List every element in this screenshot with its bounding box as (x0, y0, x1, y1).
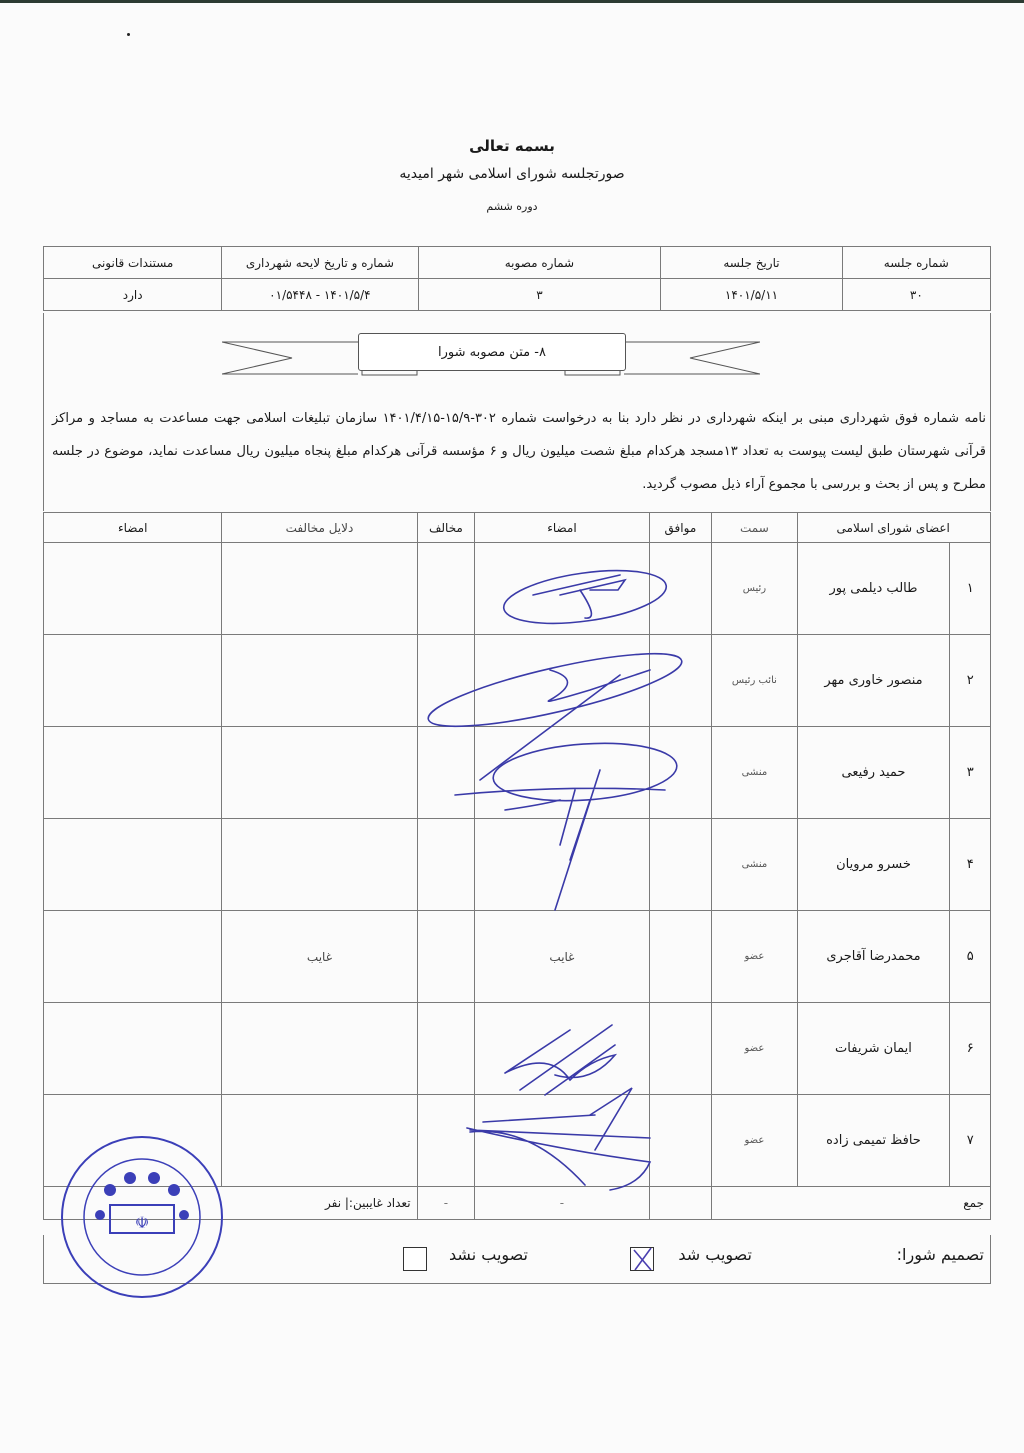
sum-label: جمع (712, 1187, 991, 1220)
invocation-heading: بسمه تعالی (0, 137, 1024, 155)
section-title: ۸- متن مصوبه شورا (358, 333, 626, 371)
member-name: حافظ تمیمی زاده (797, 1095, 950, 1187)
signature-2-cell (44, 635, 222, 727)
header-legal-documents: مستندات قانونی (44, 247, 222, 279)
table-row: ۵ محمدرضا آقاجری عضو غایب غایب (44, 911, 991, 1003)
legal-documents: دارد (44, 279, 222, 311)
signature-2-cell (44, 911, 222, 1003)
member-name: طالب دیلمی پور (797, 543, 950, 635)
header-signature: امضاء (475, 513, 649, 543)
member-role: منشی (712, 819, 797, 911)
agree-cell (649, 1003, 712, 1095)
section-banner: ۸- متن مصوبه شورا (222, 330, 760, 380)
table-row: ۴ خسرو مرویان منشی (44, 819, 991, 911)
header-disagree: مخالف (417, 513, 475, 543)
member-name: حمید رفیعی (797, 727, 950, 819)
session-info-table: شماره جلسه تاریخ جلسه شماره مصوبه شماره … (43, 246, 991, 311)
member-role: رئیس (712, 543, 797, 635)
row-number: ۳ (950, 727, 991, 819)
signature-2-cell (44, 1003, 222, 1095)
document-title: صورتجلسه شورای اسلامی شهر امیدیه (0, 166, 1024, 182)
row-number: ۱ (950, 543, 991, 635)
bill-number-date: ۱۴۰۱/۵/۴ - ۰۱/۵۴۴۸ (222, 279, 418, 311)
seal-icon: ☫ (55, 1130, 230, 1305)
header-resolution-number: شماره مصوبه (418, 247, 661, 279)
resolution-text: نامه شماره فوق شهرداری مبنی بر اینکه شهر… (52, 402, 986, 501)
reasons-cell (222, 543, 417, 635)
member-role: منشی (712, 727, 797, 819)
agree-cell (649, 635, 712, 727)
reasons-cell (222, 727, 417, 819)
header-reasons: دلایل مخالفت (222, 513, 417, 543)
signature-2-cell (44, 543, 222, 635)
member-name: خسرو مرویان (797, 819, 950, 911)
term-subtitle: دوره ششم (0, 200, 1024, 213)
row-number: ۵ (950, 911, 991, 1003)
row-number: ۷ (950, 1095, 991, 1187)
row-number: ۶ (950, 1003, 991, 1095)
header-agree: موافق (649, 513, 712, 543)
agree-cell (649, 727, 712, 819)
scan-edge (0, 0, 1024, 3)
signature-cell-absent: غایب (475, 911, 649, 1003)
reasons-cell (222, 819, 417, 911)
reasons-cell (222, 1095, 417, 1187)
signature-cell (475, 819, 649, 911)
member-role: عضو (712, 911, 797, 1003)
table-row: ۲ منصور خاوری مهر نائب رئیس (44, 635, 991, 727)
info-header-row: شماره جلسه تاریخ جلسه شماره مصوبه شماره … (44, 247, 991, 279)
info-value-row: ۳۰ ۱۴۰۱/۵/۱۱ ۳ ۱۴۰۱/۵/۴ - ۰۱/۵۴۴۸ دارد (44, 279, 991, 311)
disagree-cell (417, 911, 475, 1003)
disagree-cell (417, 635, 475, 727)
approved-label: تصویب شد (678, 1245, 752, 1264)
disagree-cell (417, 1095, 475, 1187)
member-name: محمدرضا آقاجری (797, 911, 950, 1003)
agree-cell (649, 543, 712, 635)
member-name: ایمان شریفات (797, 1003, 950, 1095)
table-row: ۳ حمید رفیعی منشی (44, 727, 991, 819)
council-seal: ☫ (55, 1130, 230, 1305)
scan-speck (127, 33, 130, 36)
table-row: ۶ ایمان شریفات عضو (44, 1003, 991, 1095)
decision-label: تصمیم شورا: (897, 1245, 984, 1264)
signature-2-cell (44, 819, 222, 911)
resolution-number: ۳ (418, 279, 661, 311)
header-session-date: تاریخ جلسه (661, 247, 842, 279)
header-signature-2: امضاء (44, 513, 222, 543)
rejected-checkbox[interactable] (403, 1247, 427, 1271)
approved-checkbox[interactable] (630, 1247, 654, 1271)
member-role: نائب رئیس (712, 635, 797, 727)
session-number: ۳۰ (842, 279, 990, 311)
row-number: ۲ (950, 635, 991, 727)
agree-cell (649, 819, 712, 911)
signature-cell (475, 727, 649, 819)
reasons-cell (222, 635, 417, 727)
member-role: عضو (712, 1095, 797, 1187)
member-name: منصور خاوری مهر (797, 635, 950, 727)
table-row: ۱ طالب دیلمی پور رئیس (44, 543, 991, 635)
rejected-label: تصویب نشد (449, 1245, 528, 1264)
header-session-number: شماره جلسه (842, 247, 990, 279)
sum-agree (649, 1187, 712, 1220)
header-bill-number-date: شماره و تاریخ لایحه شهرداری (222, 247, 418, 279)
member-role: عضو (712, 1003, 797, 1095)
agree-cell (649, 1095, 712, 1187)
x-mark-icon (631, 1248, 653, 1270)
header-role: سمت (712, 513, 797, 543)
votes-header-row: اعضای شورای اسلامی سمت موافق امضاء مخالف… (44, 513, 991, 543)
reasons-cell (222, 1003, 417, 1095)
sum-disagree: - (417, 1187, 475, 1220)
signature-cell (475, 635, 649, 727)
signature-cell (475, 1003, 649, 1095)
disagree-cell (417, 543, 475, 635)
disagree-cell (417, 819, 475, 911)
signature-2-cell (44, 727, 222, 819)
agree-cell (649, 911, 712, 1003)
svg-text:☫: ☫ (135, 1213, 149, 1232)
disagree-cell (417, 1003, 475, 1095)
disagree-cell (417, 727, 475, 819)
signature-cell (475, 543, 649, 635)
signature-cell (475, 1095, 649, 1187)
row-number: ۴ (950, 819, 991, 911)
header-members: اعضای شورای اسلامی (797, 513, 950, 543)
council-votes-table: اعضای شورای اسلامی سمت موافق امضاء مخالف… (43, 512, 991, 1220)
sum-signature: - (475, 1187, 649, 1220)
session-date: ۱۴۰۱/۵/۱۱ (661, 279, 842, 311)
reasons-cell-absent: غایب (222, 911, 417, 1003)
